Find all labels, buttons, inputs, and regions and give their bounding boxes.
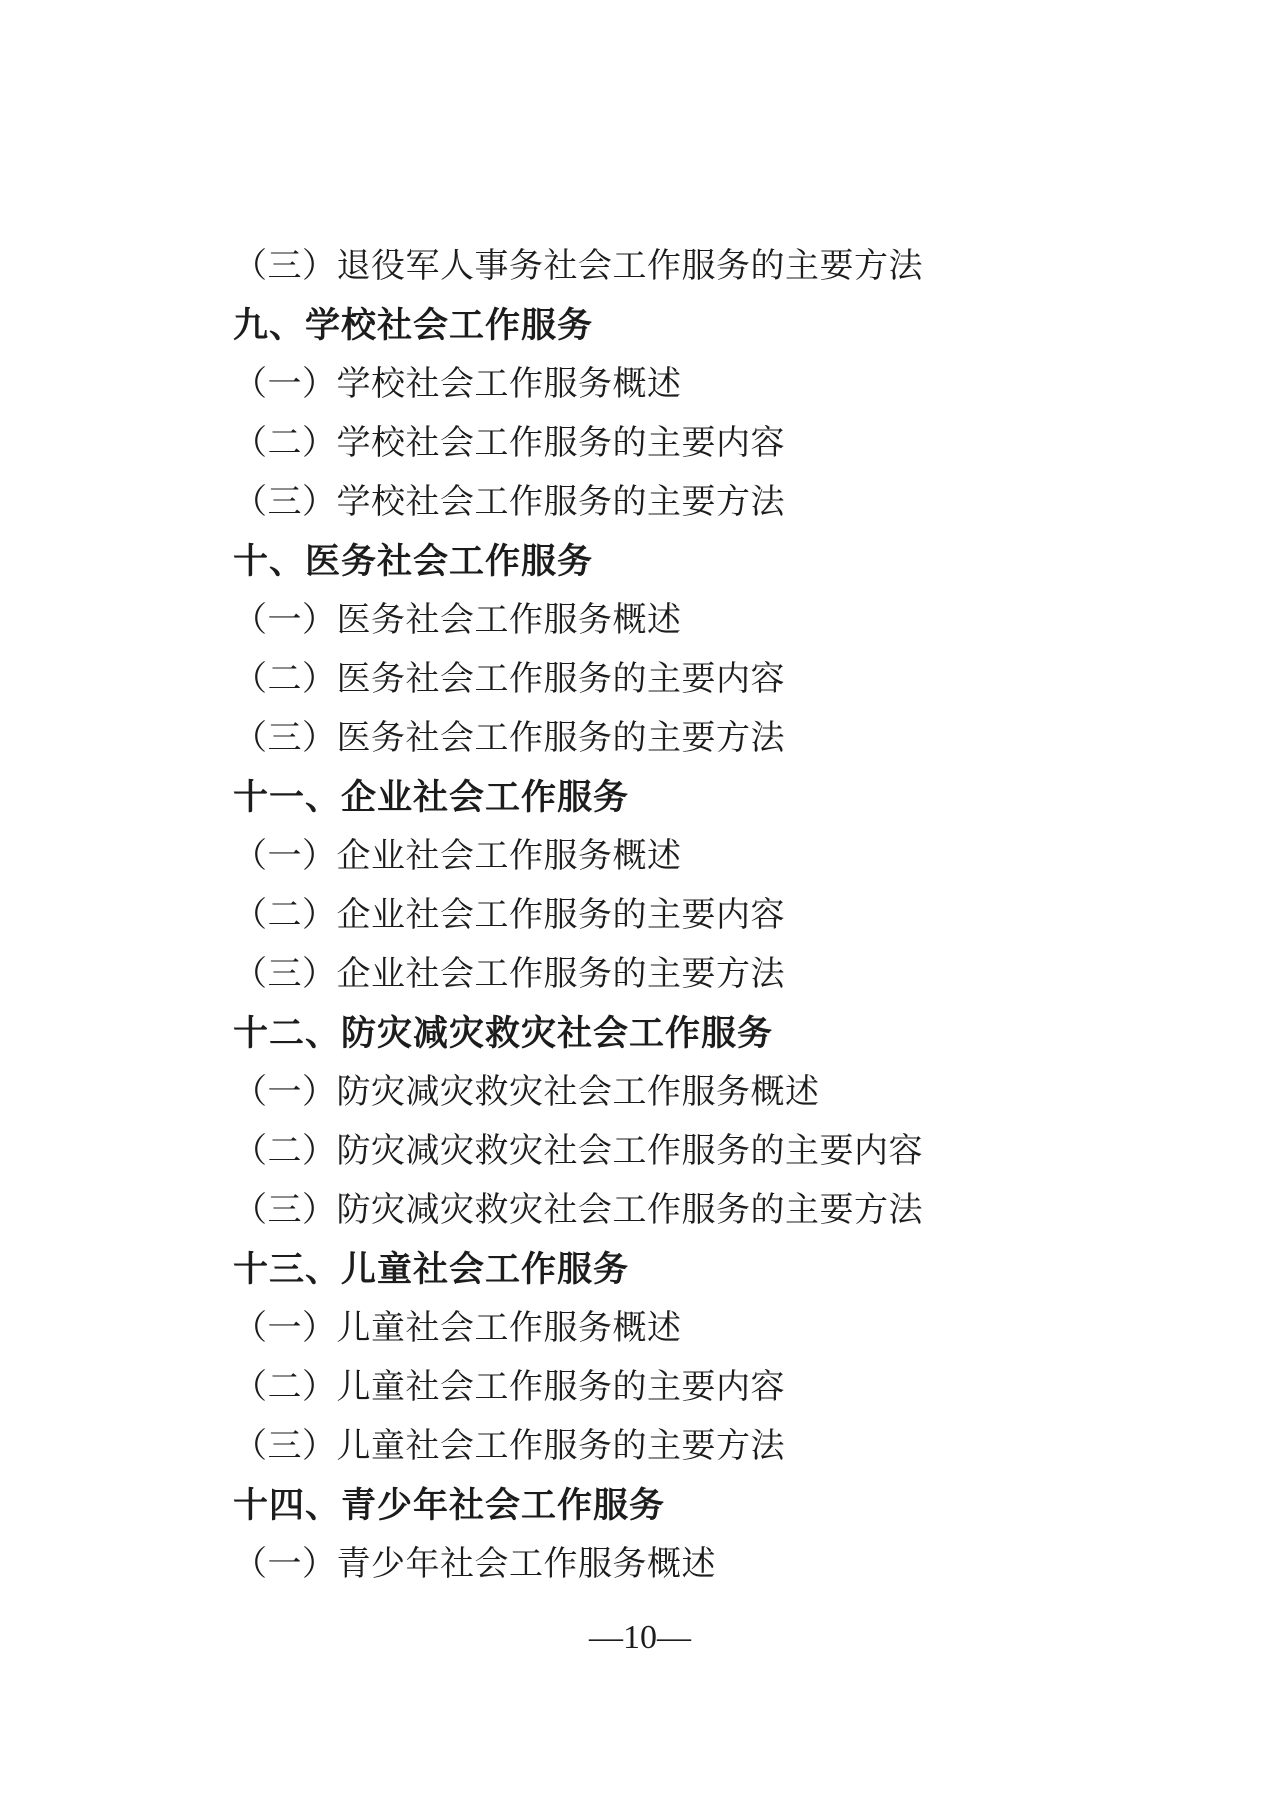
- toc-item: （三）防灾减灾救灾社会工作服务的主要方法: [233, 1181, 1190, 1240]
- section-heading: 九、学校社会工作服务: [233, 296, 1190, 355]
- toc-item: （三）学校社会工作服务的主要方法: [233, 473, 1190, 532]
- toc-item: （二）学校社会工作服务的主要内容: [233, 414, 1190, 473]
- section-heading: 十三、儿童社会工作服务: [233, 1240, 1190, 1299]
- document-page: （三）退役军人事务社会工作服务的主要方法九、学校社会工作服务（一）学校社会工作服…: [0, 0, 1280, 1810]
- toc-item: （一）防灾减灾救灾社会工作服务概述: [233, 1063, 1190, 1122]
- toc-item: （三）医务社会工作服务的主要方法: [233, 709, 1190, 768]
- toc-item: （一）学校社会工作服务概述: [233, 355, 1190, 414]
- toc-item: （三）企业社会工作服务的主要方法: [233, 945, 1190, 1004]
- section-heading: 十、医务社会工作服务: [233, 532, 1190, 591]
- toc-item: （二）防灾减灾救灾社会工作服务的主要内容: [233, 1122, 1190, 1181]
- toc-item: （三）儿童社会工作服务的主要方法: [233, 1417, 1190, 1476]
- page-number: —10—: [0, 1608, 1280, 1667]
- section-heading: 十二、防灾减灾救灾社会工作服务: [233, 1004, 1190, 1063]
- section-heading: 十四、青少年社会工作服务: [233, 1476, 1190, 1535]
- toc-item: （三）退役军人事务社会工作服务的主要方法: [233, 237, 1190, 296]
- toc-item: （二）儿童社会工作服务的主要内容: [233, 1358, 1190, 1417]
- toc-list: （三）退役军人事务社会工作服务的主要方法九、学校社会工作服务（一）学校社会工作服…: [233, 237, 1190, 1594]
- toc-item: （二）医务社会工作服务的主要内容: [233, 650, 1190, 709]
- toc-item: （二）企业社会工作服务的主要内容: [233, 886, 1190, 945]
- toc-item: （一）企业社会工作服务概述: [233, 827, 1190, 886]
- toc-item: （一）青少年社会工作服务概述: [233, 1535, 1190, 1594]
- section-heading: 十一、企业社会工作服务: [233, 768, 1190, 827]
- toc-item: （一）医务社会工作服务概述: [233, 591, 1190, 650]
- toc-item: （一）儿童社会工作服务概述: [233, 1299, 1190, 1358]
